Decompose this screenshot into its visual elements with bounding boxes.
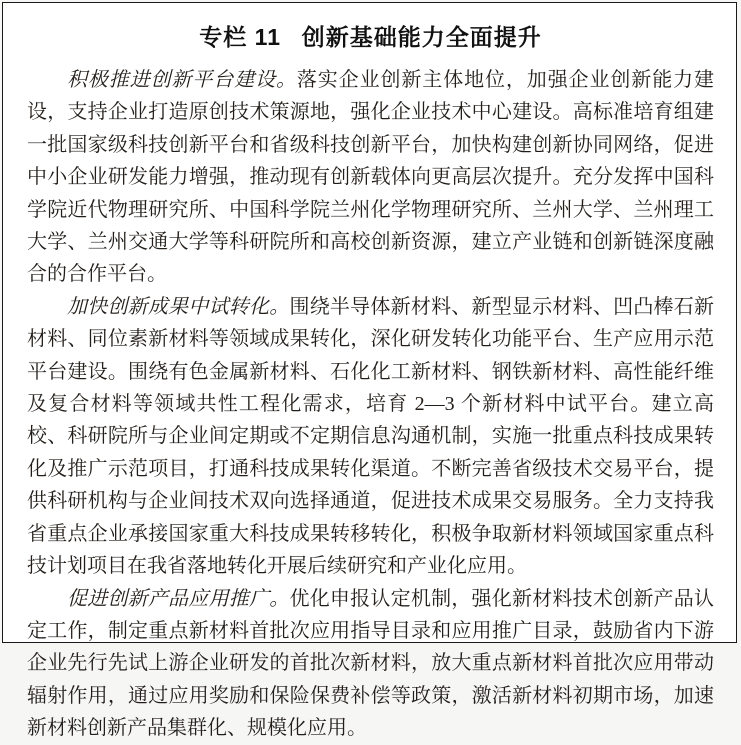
paragraph-lead: 加快创新成果中试转化。 xyxy=(67,296,289,318)
paragraph-lead: 促进创新产品应用推广。 xyxy=(67,588,289,610)
paragraph-body: 围绕半导体新材料、新型显示材料、凹凸棒石新材料、同位素新材料等领域成果转化，深化… xyxy=(27,296,714,577)
page-title: 专栏 11创新基础能力全面提升 xyxy=(27,19,714,52)
paragraph-product-promotion: 促进创新产品应用推广。优化申报认定机制，强化新材料技术创新产品认定工作，制定重点… xyxy=(27,583,714,648)
title-prefix: 专栏 11 xyxy=(199,24,281,50)
paragraph-innovation-platform: 积极推进创新平台建设。落实企业创新主体地位，加强企业创新能力建设，支持企业打造原… xyxy=(27,64,714,291)
paragraph-pilot-transformation: 加快创新成果中试转化。围绕半导体新材料、新型显示材料、凹凸棒石新材料、同位素新材… xyxy=(27,291,714,583)
column-box: 专栏 11创新基础能力全面提升 积极推进创新平台建设。落实企业创新主体地位，加强… xyxy=(2,2,737,643)
paragraph-lead: 积极推进创新平台建设。 xyxy=(67,69,297,91)
title-text: 创新基础能力全面提升 xyxy=(302,24,542,50)
paragraph-body: 落实企业创新主体地位，加强企业创新能力建设，支持企业打造原创技术策源地，强化企业… xyxy=(27,69,714,285)
